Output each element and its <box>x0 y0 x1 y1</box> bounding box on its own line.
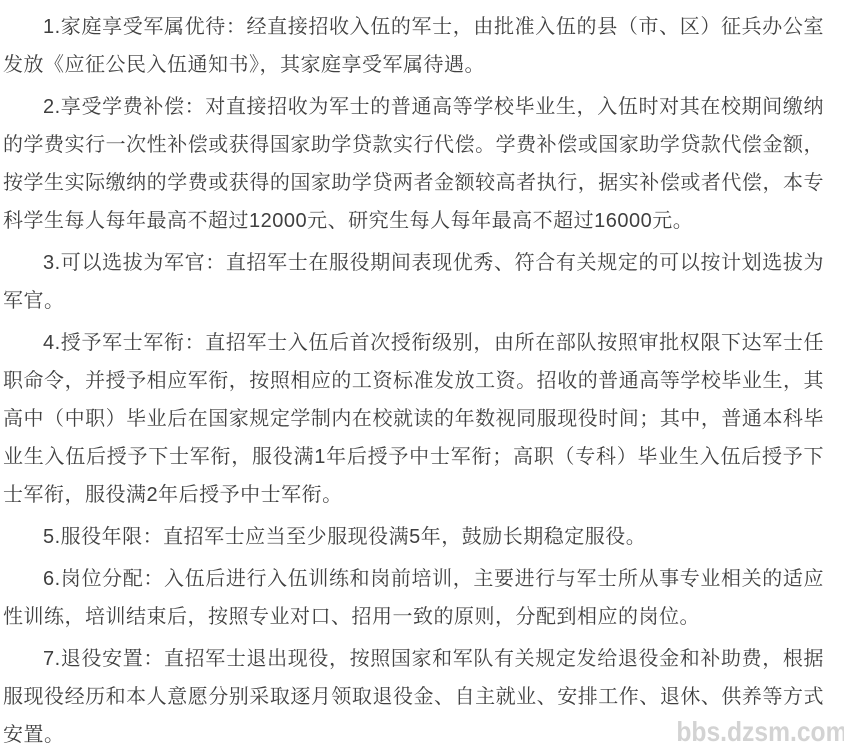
watermark-site-url: bbs.dzsm.com <box>676 716 844 748</box>
paragraph-officer-selection: 3.可以选拔为军官：直招军士在服役期间表现优秀、符合有关规定的可以按计划选拔为军… <box>3 244 824 320</box>
paragraph-post-assignment: 6.岗位分配：入伍后进行入伍训练和岗前培训，主要进行与军士所从事专业相关的适应性… <box>3 560 824 636</box>
paragraph-family-preferential-treatment: 1.家庭享受军属优待：经直接招收入伍的军士，由批准入伍的县（市、区）征兵办公室发… <box>3 8 824 84</box>
paragraph-tuition-compensation: 2.享受学费补偿：对直接招收为军士的普通高等学校毕业生，入伍时对其在校期间缴纳的… <box>3 88 824 240</box>
paragraph-service-period: 5.服役年限：直招军士应当至少服现役满5年，鼓励长期稳定服役。 <box>3 518 824 556</box>
document-page: 1.家庭享受军属优待：经直接招收入伍的军士，由批准入伍的县（市、区）征兵办公室发… <box>0 0 844 750</box>
paragraph-rank-conferral: 4.授予军士军衔：直招军士入伍后首次授衔级别，由所在部队按照审批权限下达军士任职… <box>3 324 824 514</box>
